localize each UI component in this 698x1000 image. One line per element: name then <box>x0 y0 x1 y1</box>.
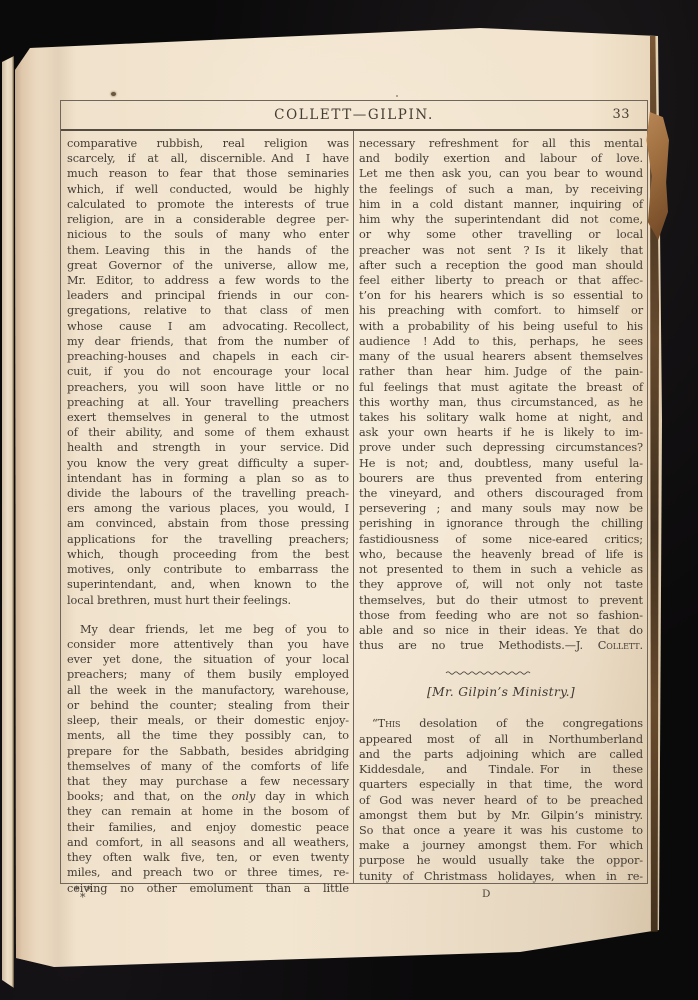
paragraph: My dear friends, let me beg of you tocon… <box>67 622 349 896</box>
text-line: calculated to promote the interests of t… <box>67 197 349 212</box>
text-line: him in a cold distant manner, inquiring … <box>359 197 643 212</box>
text-line: amongst them but by Mr. Gilpin’s ministr… <box>359 808 643 823</box>
text-line: my dear friends, that from the number of <box>67 334 349 349</box>
text-line: prove under such depressing circumstance… <box>359 440 643 455</box>
text-line: takes his solitary walk home at night, a… <box>359 410 643 425</box>
text-line: able and so nice in their ideas. Ye that… <box>359 623 643 638</box>
text-line: they can remain at home in the bosom of <box>67 804 349 819</box>
text-line: preachers, you will soon have little or … <box>67 380 349 395</box>
text-line: My dear friends, let me beg of you to <box>67 622 349 637</box>
text-line: health and strength in your service. Did <box>67 440 349 455</box>
text-line: persevering ; and many souls may now be <box>359 501 643 516</box>
text-line: his preaching with comfort. to himself o… <box>359 303 643 318</box>
text-line: after such a reception the good man shou… <box>359 258 643 273</box>
text-line: preacher was not sent ? Is it likely tha… <box>359 243 643 258</box>
text-line: the vineyard, and others discouraged fro… <box>359 486 643 501</box>
text-line: intendant has in forming a plan so as to <box>67 471 349 486</box>
text-line: and comfort, in all seasons and all weat… <box>67 835 349 850</box>
text-line: appeared most of all in Northumberland <box>359 732 643 747</box>
text-line: fastidiousness of some nice-eared critic… <box>359 532 643 547</box>
text-line: make a journey amongst them. For which <box>359 838 643 853</box>
text-line: rather than hear him. Judge of the pain- <box>359 364 643 379</box>
text-line: sleep, their meals, or their domestic en… <box>67 713 349 728</box>
asterisk: * <box>80 891 86 904</box>
text-line: preachers; many of them busily employed <box>67 667 349 682</box>
text-line: quarters especially in that time, the wo… <box>359 777 643 792</box>
column-divider-rule <box>353 131 354 883</box>
running-head: COLLETT—GILPIN. 33 <box>61 101 647 131</box>
text-line: ments, all the time they possibly can, t… <box>67 728 349 743</box>
squiggle-divider <box>347 665 631 671</box>
text-line: leaders and principal friends in our con… <box>67 288 349 303</box>
asterisk: * <box>86 884 92 897</box>
text-line: the feelings of such a man, by receiving <box>359 182 643 197</box>
printed-frame: COLLETT—GILPIN. 33 comparative rubbish, … <box>60 100 648 884</box>
left-text-column: comparative rubbish, real religion wassc… <box>67 136 349 885</box>
text-line: necessary refreshment for all this menta… <box>359 136 643 151</box>
text-line: “This desolation of the congregations <box>359 716 643 731</box>
text-line: and the parts adjoining which are called <box>359 747 643 762</box>
text-line: So that once a yeare it was his custome … <box>359 823 643 838</box>
paragraph: necessary refreshment for all this menta… <box>359 136 643 653</box>
text-line: this worthy man, thus circumstanced, as … <box>359 395 643 410</box>
text-line: exert themselves in general to the utmos… <box>67 410 349 425</box>
text-line: those from feeding who are not so fashio… <box>359 608 643 623</box>
book-page: COLLETT—GILPIN. 33 comparative rubbish, … <box>12 26 668 974</box>
text-line: He is not; and, doubtless, many useful l… <box>359 456 643 471</box>
text-line: they approve of, will not only not taste <box>359 577 643 592</box>
text-line: feel either liberty to preach or that af… <box>359 273 643 288</box>
text-line: religion, are in a considerable degree p… <box>67 212 349 227</box>
text-line: nicious to the souls of many who enter <box>67 227 349 242</box>
text-line: which, if well conducted, would be highl… <box>67 182 349 197</box>
text-line: and bodily exertion and labour of love. <box>359 151 643 166</box>
text-line: that they may purchase a few necessary <box>67 774 349 789</box>
section-heading: [Mr. Gilpin’s Ministry.] <box>359 685 643 702</box>
text-line: of their ability, and some of them exhau… <box>67 425 349 440</box>
text-line: ask your own hearts if he is likely to i… <box>359 425 643 440</box>
page-title: COLLETT—GILPIN. <box>61 107 647 123</box>
text-line: cuit, if you do not encourage your local <box>67 364 349 379</box>
text-line: am convinced, abstain from those pressin… <box>67 516 349 531</box>
asterism-mark: * * * <box>72 884 102 904</box>
text-line: divide the labours of the travelling pre… <box>67 486 349 501</box>
text-line: many of the usual hearers absent themsel… <box>359 349 643 364</box>
text-line: their families, and enjoy domestic peace <box>67 820 349 835</box>
paragraph: comparative rubbish, real religion wassc… <box>67 136 349 608</box>
text-line: tunity of Christmass holidayes, when in … <box>359 869 643 884</box>
text-line: purpose he would usually take the oppor- <box>359 853 643 868</box>
text-line: prepare for the Sabbath, besides abridgi… <box>67 744 349 759</box>
text-line: books; and that, on the only day in whic… <box>67 789 349 804</box>
text-line: of God was never heard of to be preached <box>359 793 643 808</box>
text-line: who, because the heavenly bread of life … <box>359 547 643 562</box>
text-line: superintendant, and, when known to the <box>67 577 349 592</box>
text-line: thus are no true Methodists.—J. Collett. <box>359 638 643 653</box>
text-line: whose cause I am advocating. Recollect, <box>67 319 349 334</box>
text-line: gregations, relative to that class of me… <box>67 303 349 318</box>
text-line: miles, and preach two or three times, re… <box>67 865 349 880</box>
text-line: ever yet done, the situation of your loc… <box>67 652 349 667</box>
text-line: t’on for his hearers which is so essenti… <box>359 288 643 303</box>
text-line: with a probability of his being useful t… <box>359 319 643 334</box>
photo-background: COLLETT—GILPIN. 33 comparative rubbish, … <box>0 0 698 1000</box>
text-line: applications for the travelling preacher… <box>67 532 349 547</box>
text-line: all the week in the manufactory, warehou… <box>67 683 349 698</box>
text-line: you know the very great difficulty a sup… <box>67 456 349 471</box>
text-line: scarcely, if at all, discernible. And I … <box>67 151 349 166</box>
text-line: ers among the various places, you would,… <box>67 501 349 516</box>
text-line: Kiddesdale, and Tindale. For in these <box>359 762 643 777</box>
text-line: ceiving no other emolument than a little <box>67 881 349 896</box>
page-blemish <box>111 92 116 96</box>
page-number: 33 <box>612 107 630 122</box>
text-line: consider more attentively than you have <box>67 637 349 652</box>
text-line: preaching at all. Your travelling preach… <box>67 395 349 410</box>
text-line: which, though proceeding from the best <box>67 547 349 562</box>
page-blemish <box>396 95 398 97</box>
text-line: motives, only contribute to embarrass th… <box>67 562 349 577</box>
text-line: great Governor of the universe, allow me… <box>67 258 349 273</box>
text-line: or behind the counter; stealing from the… <box>67 698 349 713</box>
asterisk: * <box>74 884 80 897</box>
facing-page-edge <box>2 56 14 988</box>
text-line: audience ! Add to this, perhaps, he sees <box>359 334 643 349</box>
text-line: him why the superintendant did not come, <box>359 212 643 227</box>
text-line: comparative rubbish, real religion was <box>67 136 349 151</box>
text-line: ful feelings that must agitate the breas… <box>359 380 643 395</box>
printers-signature-letter: D <box>482 888 490 900</box>
text-line: perishing in ignorance through the chill… <box>359 516 643 531</box>
text-line: much reason to fear that those seminarie… <box>67 166 349 181</box>
text-line: Let me then ask you, can you bear to wou… <box>359 166 643 181</box>
text-line: local brethren, must hurt their feelings… <box>67 593 349 608</box>
paragraph: “This desolation of the congregationsapp… <box>359 716 643 883</box>
text-line: they often walk five, ten, or even twent… <box>67 850 349 865</box>
text-line: bourers are thus prevented from entering <box>359 471 643 486</box>
text-line: themselves, but do their utmost to preve… <box>359 593 643 608</box>
text-line: themselves of many of the comforts of li… <box>67 759 349 774</box>
text-line: Mr. Editor, to address a few words to th… <box>67 273 349 288</box>
text-line: or why some other travelling or local <box>359 227 643 242</box>
right-text-column: necessary refreshment for all this menta… <box>359 136 643 885</box>
text-line: them. Leaving this in the hands of the <box>67 243 349 258</box>
text-line: not presented to them in such a vehicle … <box>359 562 643 577</box>
text-line: preaching-houses and chapels in each cir… <box>67 349 349 364</box>
